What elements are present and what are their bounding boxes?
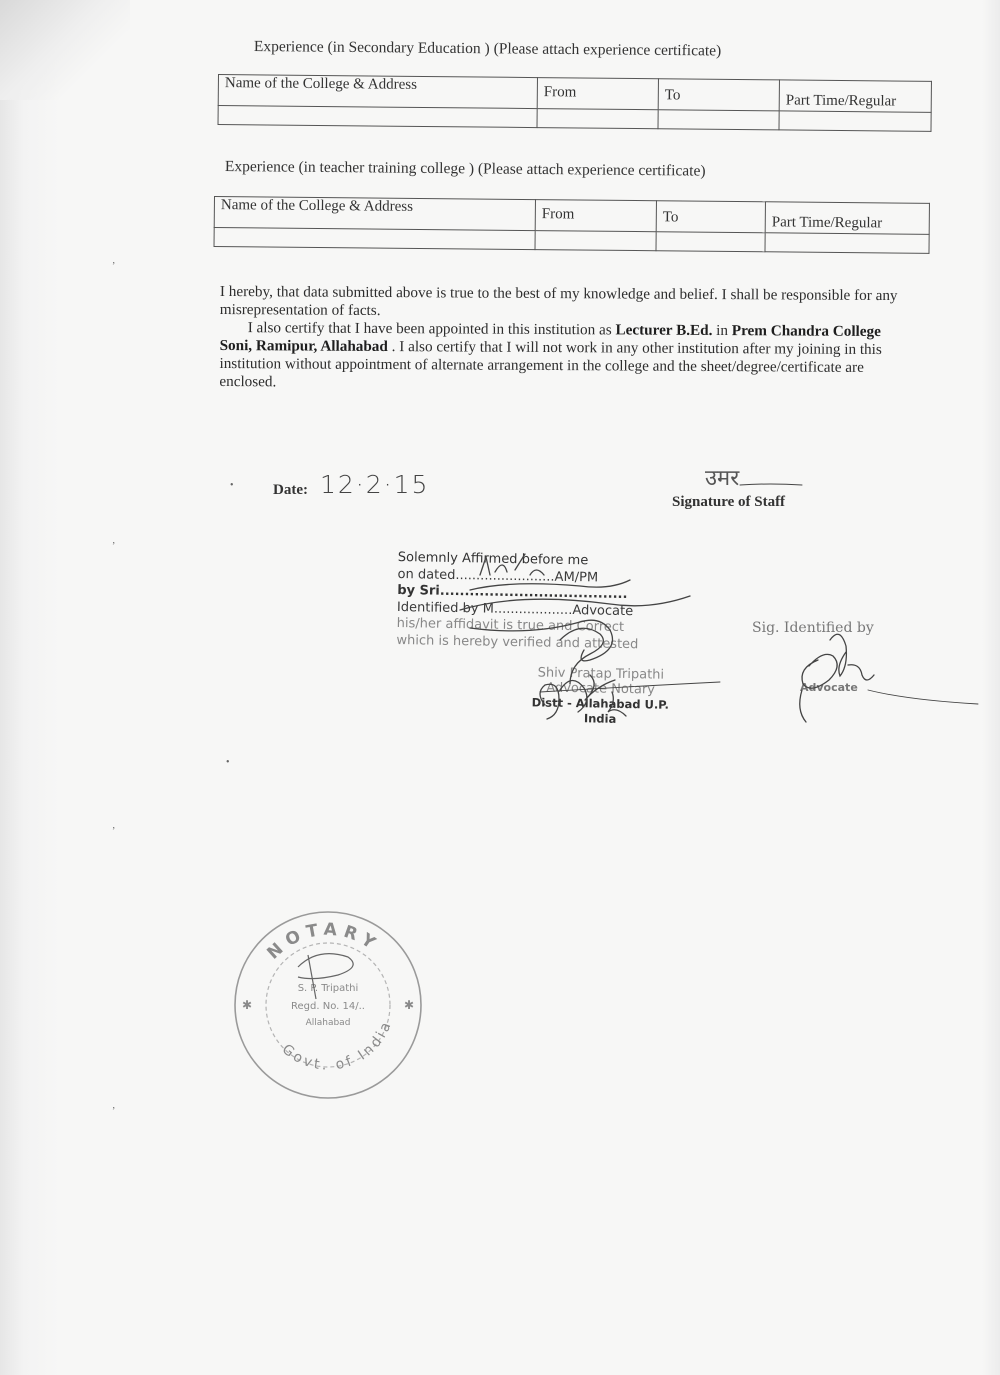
column-header: Part Time/Regular — [779, 80, 931, 112]
sig-identified-label: Sig. Identified by — [752, 620, 874, 636]
svg-text:✱: ✱ — [404, 998, 414, 1012]
teacher-training-experience-title: Experience (in teacher training college … — [225, 158, 706, 181]
table-cell-from — [535, 231, 656, 251]
column-header: Part Time/Regular — [765, 202, 929, 235]
column-header: To — [658, 79, 779, 111]
notary-district: Distt - Allahabad U.P. India — [515, 695, 685, 728]
scan-left-edge — [0, 0, 60, 1375]
teacher-training-experience-table: Name of the College & Address From To Pa… — [214, 196, 930, 254]
notary-name: Shiv Pratap Tripathi — [516, 665, 686, 683]
table-cell-type — [779, 111, 931, 131]
scan-speck: ‚ — [112, 1100, 115, 1111]
table-cell-to — [658, 110, 779, 130]
advocate-label: Advocate — [800, 681, 858, 694]
svg-text:✱: ✱ — [242, 998, 252, 1012]
column-header: Name of the College & Address — [214, 197, 535, 231]
seal-center-line: S. P. Tripathi — [298, 983, 359, 994]
column-header: From — [535, 200, 656, 232]
svg-text:NOTARY: NOTARY — [264, 920, 384, 964]
column-header: To — [656, 201, 765, 233]
notary-stamp: Solemnly Affirmed before me on dated....… — [395, 550, 718, 729]
scan-speck: ‚ — [112, 255, 115, 266]
scan-right-edge — [982, 0, 1000, 1375]
seal-center-line: Regd. No. 14/.. — [291, 1001, 365, 1012]
scan-speck: • — [230, 480, 234, 491]
declaration-block: I hereby, that data submitted above is t… — [219, 283, 910, 395]
table-cell-college — [214, 228, 535, 250]
secondary-experience-title: Experience (in Secondary Education ) (Pl… — [254, 38, 721, 60]
declaration-text: I also certify that I have been appointe… — [248, 319, 616, 338]
notary-signature-block: Shiv Pratap Tripathi Advocate Notary Dis… — [395, 663, 686, 728]
scan-speck: • — [226, 757, 230, 768]
table-cell-type — [765, 233, 929, 254]
declaration-paragraph-1: I hereby, that data submitted above is t… — [220, 283, 910, 323]
column-header: Name of the College & Address — [218, 75, 537, 109]
seal-top-text: NOTARY — [264, 920, 384, 964]
table-cell-to — [656, 232, 765, 252]
declaration-paragraph-2: I also certify that I have been appointe… — [219, 319, 909, 395]
declaration-text: in — [712, 322, 732, 339]
column-header: From — [537, 78, 658, 110]
date-value: 12·2·15 — [320, 470, 429, 499]
secondary-experience-table: Name of the College & Address From To Pa… — [218, 74, 932, 132]
scan-speck: ‚ — [112, 820, 115, 831]
table-cell-college — [218, 106, 537, 128]
seal-center-line: Allahabad — [306, 1018, 351, 1028]
date-label: Date: — [273, 482, 308, 499]
staff-signature-label: Signature of Staff — [672, 494, 785, 511]
position-title: Lecturer B.Ed. — [615, 321, 712, 339]
scan-speck: ‚ — [112, 535, 115, 546]
scan-page-fold — [0, 0, 130, 100]
staff-signature: उमर — [705, 462, 739, 492]
table-cell-from — [537, 109, 658, 129]
notary-seal: NOTARY Govt. of India ✱ ✱ S. P. Tripathi… — [228, 905, 428, 1105]
